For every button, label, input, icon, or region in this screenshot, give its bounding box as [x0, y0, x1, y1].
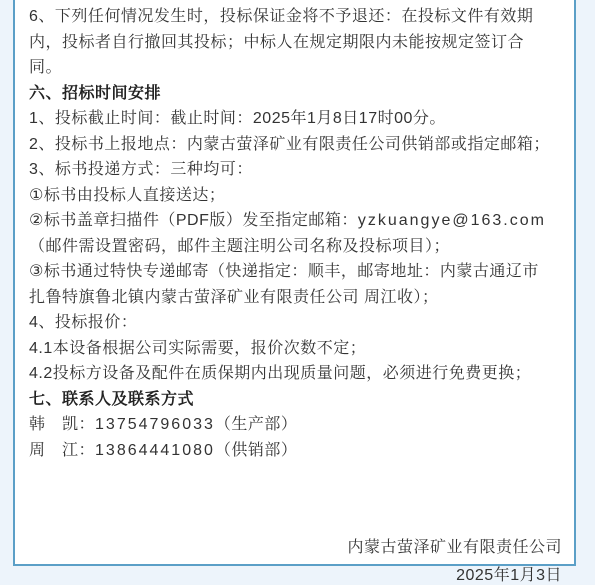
- company-name: 内蒙古萤泽矿业有限责任公司: [29, 534, 562, 562]
- contact-name: 周 江：: [29, 442, 95, 459]
- email-paragraph-prefix: ②标书盖章扫描件（PDF版）发至指定邮箱：: [29, 212, 358, 229]
- contact-department: （生产部）: [215, 416, 298, 433]
- contact-name: 韩 凯：: [29, 416, 95, 433]
- para-quotation-rule-2: 4.2投标方设备及配件在质保期内出现质量问题，必须进行免费更换；: [29, 361, 554, 387]
- phone-number: 13864441080: [95, 442, 215, 459]
- heading-section-six-schedule: 六、招标时间安排: [29, 81, 554, 107]
- para-quotation-rule-1: 4.1本设备根据公司实际需要，报价次数不定；: [29, 336, 554, 362]
- contact-department: （供销部）: [215, 442, 298, 459]
- email-paragraph-suffix: （邮件需设置密码，邮件主题注明公司名称及投标项目）；: [29, 238, 450, 255]
- para-bid-submission-location: 2、投标书上报地点：内蒙古萤泽矿业有限责任公司供销部或指定邮箱；: [29, 132, 554, 158]
- para-bid-quotation: 4、投标报价：: [29, 310, 554, 336]
- page-background: 6、下列任何情况发生时，投标保证金将不予退还：在投标文件有效期内，投标者自行撤回…: [0, 0, 595, 585]
- para-method-direct-delivery: ①标书由投标人直接送达；: [29, 183, 554, 209]
- para-bid-delivery-methods: 3、标书投递方式：三种均可：: [29, 157, 554, 183]
- phone-number: 13754796033: [95, 416, 215, 433]
- para-bid-deadline: 1、投标截止时间：截止时间：2025年1月8日17时00分。: [29, 106, 554, 132]
- para-method-email-scan: ②标书盖章扫描件（PDF版）发至指定邮箱：yzkuangye@163.com（邮…: [29, 208, 554, 259]
- document-panel: 6、下列任何情况发生时，投标保证金将不予退还：在投标文件有效期内，投标者自行撤回…: [13, 0, 576, 566]
- para-bid-deposit-forfeiture: 6、下列任何情况发生时，投标保证金将不予退还：在投标文件有效期内，投标者自行撤回…: [29, 4, 554, 81]
- contact-line-zhou-jiang: 周 江：13864441080（供销部）: [29, 438, 554, 464]
- heading-section-seven-contacts: 七、联系人及联系方式: [29, 387, 554, 413]
- para-method-express-mail: ③标书通过特快专递邮寄（快递指定：顺丰，邮寄地址：内蒙古通辽市扎鲁特旗鲁北镇内蒙…: [29, 259, 554, 310]
- signature-block: 内蒙古萤泽矿业有限责任公司 2025年1月3日: [29, 534, 562, 585]
- contact-line-han-kai: 韩 凯：13754796033（生产部）: [29, 412, 554, 438]
- email-address: yzkuangye@163.com: [358, 212, 546, 229]
- signature-date: 2025年1月3日: [29, 562, 562, 585]
